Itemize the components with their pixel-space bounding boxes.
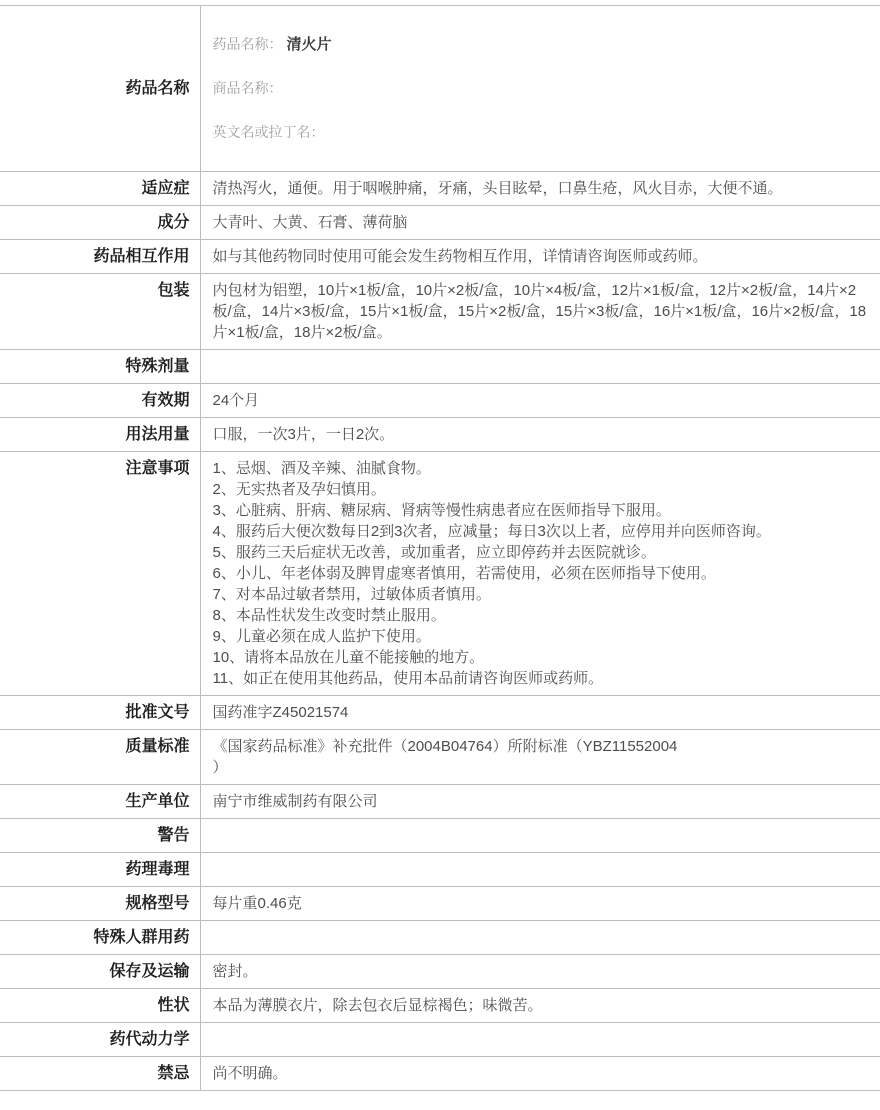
row-label-indications: 适应症: [0, 172, 200, 206]
drug-info-table: 药品名称 药品名称：清火片 商品名称： 英文名或拉丁名： 适应症 清热泻火，通便…: [0, 5, 880, 1091]
row-value-specification: 每片重0.46克: [200, 887, 880, 921]
row-label-special-dosage: 特殊剂量: [0, 350, 200, 384]
row-ingredients: 成分 大青叶、大黄、石膏、薄荷脑: [0, 206, 880, 240]
row-value-pharmacokinetics: [200, 1023, 880, 1057]
row-warning: 警告: [0, 819, 880, 853]
row-label-pharmacology-toxicology: 药理毒理: [0, 853, 200, 887]
row-precautions: 注意事项 1、忌烟、酒及辛辣、油腻食物。 2、无实热者及孕妇慎用。 3、心脏病、…: [0, 452, 880, 696]
row-pharmacology-toxicology: 药理毒理: [0, 853, 880, 887]
row-value-description: 本品为薄膜衣片，除去包衣后显棕褐色；味微苦。: [200, 989, 880, 1023]
generic-name-key: 药品名称：: [213, 36, 283, 52]
row-special-populations: 特殊人群用药: [0, 921, 880, 955]
row-value-contraindications: 尚不明确。: [200, 1057, 880, 1091]
row-special-dosage: 特殊剂量: [0, 350, 880, 384]
row-label-specification: 规格型号: [0, 887, 200, 921]
row-label-pharmacokinetics: 药代动力学: [0, 1023, 200, 1057]
row-value-drug-name: 药品名称：清火片 商品名称： 英文名或拉丁名：: [200, 6, 880, 172]
row-value-ingredients: 大青叶、大黄、石膏、薄荷脑: [200, 206, 880, 240]
row-value-special-populations: [200, 921, 880, 955]
row-dosage-usage: 用法用量 口服，一次3片，一日2次。: [0, 418, 880, 452]
row-value-manufacturer: 南宁市维威制药有限公司: [200, 785, 880, 819]
row-description: 性状 本品为薄膜衣片，除去包衣后显棕褐色；味微苦。: [0, 989, 880, 1023]
row-specification: 规格型号 每片重0.46克: [0, 887, 880, 921]
row-label-dosage-usage: 用法用量: [0, 418, 200, 452]
row-drug-interactions: 药品相互作用 如与其他药物同时使用可能会发生药物相互作用，详情请咨询医师或药师。: [0, 240, 880, 274]
row-label-drug-interactions: 药品相互作用: [0, 240, 200, 274]
row-label-drug-name: 药品名称: [0, 6, 200, 172]
row-storage-transport: 保存及运输 密封。: [0, 955, 880, 989]
row-label-manufacturer: 生产单位: [0, 785, 200, 819]
row-value-dosage-usage: 口服，一次3片，一日2次。: [200, 418, 880, 452]
row-value-warning: [200, 819, 880, 853]
row-label-storage-transport: 保存及运输: [0, 955, 200, 989]
row-value-indications: 清热泻火，通便。用于咽喉肿痛，牙痛，头目眩晕，口鼻生疮，风火目赤，大便不通。: [200, 172, 880, 206]
drug-info-page: 药品名称 药品名称：清火片 商品名称： 英文名或拉丁名： 适应症 清热泻火，通便…: [0, 0, 880, 1110]
row-value-precautions: 1、忌烟、酒及辛辣、油腻食物。 2、无实热者及孕妇慎用。 3、心脏病、肝病、糖尿…: [200, 452, 880, 696]
row-label-precautions: 注意事项: [0, 452, 200, 696]
row-label-packaging: 包装: [0, 274, 200, 350]
row-label-ingredients: 成分: [0, 206, 200, 240]
row-label-description: 性状: [0, 989, 200, 1023]
row-value-shelf-life: 24个月: [200, 384, 880, 418]
row-value-quality-standard: 《国家药品标准》补充批件（2004B04764）所附标准（YBZ11552004…: [200, 730, 880, 785]
row-pharmacokinetics: 药代动力学: [0, 1023, 880, 1057]
row-label-approval-number: 批准文号: [0, 696, 200, 730]
row-drug-name: 药品名称 药品名称：清火片 商品名称： 英文名或拉丁名：: [0, 6, 880, 172]
row-quality-standard: 质量标准 《国家药品标准》补充批件（2004B04764）所附标准（YBZ115…: [0, 730, 880, 785]
row-value-drug-interactions: 如与其他药物同时使用可能会发生药物相互作用，详情请咨询医师或药师。: [200, 240, 880, 274]
row-value-approval-number: 国药准字Z45021574: [200, 696, 880, 730]
row-approval-number: 批准文号 国药准字Z45021574: [0, 696, 880, 730]
row-manufacturer: 生产单位 南宁市维威制药有限公司: [0, 785, 880, 819]
field-english-name: 英文名或拉丁名：: [213, 121, 869, 144]
row-shelf-life: 有效期 24个月: [0, 384, 880, 418]
row-value-storage-transport: 密封。: [200, 955, 880, 989]
english-name-key: 英文名或拉丁名：: [213, 124, 325, 140]
row-contraindications: 禁忌 尚不明确。: [0, 1057, 880, 1091]
trade-name-key: 商品名称：: [213, 80, 283, 96]
row-label-quality-standard: 质量标准: [0, 730, 200, 785]
row-label-shelf-life: 有效期: [0, 384, 200, 418]
row-label-warning: 警告: [0, 819, 200, 853]
row-label-special-populations: 特殊人群用药: [0, 921, 200, 955]
row-value-special-dosage: [200, 350, 880, 384]
generic-name-value: 清火片: [287, 36, 332, 53]
row-indications: 适应症 清热泻火，通便。用于咽喉肿痛，牙痛，头目眩晕，口鼻生疮，风火目赤，大便不…: [0, 172, 880, 206]
row-value-packaging: 内包材为铝塑，10片×1板/盒，10片×2板/盒，10片×4板/盒，12片×1板…: [200, 274, 880, 350]
field-trade-name: 商品名称：: [213, 77, 869, 100]
field-generic-name: 药品名称：清火片: [213, 33, 869, 56]
row-value-pharmacology-toxicology: [200, 853, 880, 887]
row-label-contraindications: 禁忌: [0, 1057, 200, 1091]
row-packaging: 包装 内包材为铝塑，10片×1板/盒，10片×2板/盒，10片×4板/盒，12片…: [0, 274, 880, 350]
